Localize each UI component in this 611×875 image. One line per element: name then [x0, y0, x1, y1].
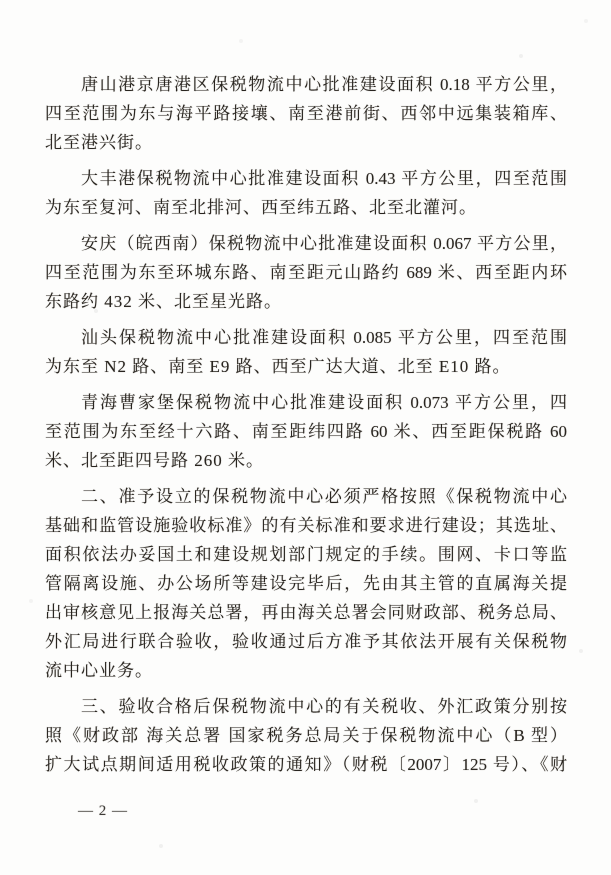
paragraph: 三、验收合格后保税物流中心的有关税收、外汇政策分别按 照《财政部 海关总署 国家…	[45, 692, 567, 779]
scan-noise	[0, 0, 2, 2]
document-page: 唐山港京唐港区保税物流中心批准建设面积 0.18 平方公里， 四至范围为东与海平…	[0, 0, 611, 875]
text-line: 汕头保税物流中心批准建设面积 0.085 平方公里，四至范围	[45, 323, 567, 352]
text-line: 扩大试点期间适用税收政策的通知》（财税〔2007〕125 号）、《财	[45, 750, 567, 779]
text-line: 四至范围为东与海平路接壤、南至港前街、西邻中远集装箱库、	[45, 99, 567, 128]
text-line: 二、准予设立的保税物流中心必须严格按照《保税物流中心	[45, 482, 567, 511]
text-line: 基础和监管设施验收标准》的有关标准和要求进行建设；其选址、	[45, 511, 567, 540]
text-line: 青海曹家堡保税物流中心批准建设面积 0.073 平方公里，四	[45, 388, 567, 417]
text-line: 为东至复河、南至北排河、西至纬五路、北至北灌河。	[45, 193, 567, 222]
page-number: — 2 —	[78, 800, 128, 822]
text-line: 出审核意见上报海关总署，再由海关总署会同财政部、税务总局、	[45, 598, 567, 627]
text-line: 流中心业务。	[45, 656, 567, 685]
text-line: 安庆（皖西南）保税物流中心批准建设面积 0.067 平方公里，	[45, 229, 567, 258]
paragraph: 汕头保税物流中心批准建设面积 0.085 平方公里，四至范围 为东至 N2 路、…	[45, 323, 567, 381]
text-line: 至范围为东至经十六路、南至距纬四路 60 米、西至距保税路 60	[45, 417, 567, 446]
paragraph: 青海曹家堡保税物流中心批准建设面积 0.073 平方公里，四 至范围为东至经十六…	[45, 388, 567, 475]
paragraph: 安庆（皖西南）保税物流中心批准建设面积 0.067 平方公里， 四至范围为东至环…	[45, 229, 567, 316]
paragraph: 大丰港保税物流中心批准建设面积 0.43 平方公里，四至范围 为东至复河、南至北…	[45, 164, 567, 222]
text-line: 大丰港保税物流中心批准建设面积 0.43 平方公里，四至范围	[45, 164, 567, 193]
text-line: 照《财政部 海关总署 国家税务总局关于保税物流中心（B 型）	[45, 721, 567, 750]
text-line: 北至港兴街。	[45, 128, 567, 157]
text-line: 外汇局进行联合验收，验收通过后方准予其依法开展有关保税物	[45, 627, 567, 656]
text-line: 为东至 N2 路、南至 E9 路、西至广达大道、北至 E10 路。	[45, 352, 567, 381]
text-line: 三、验收合格后保税物流中心的有关税收、外汇政策分别按	[45, 692, 567, 721]
text-line: 四至范围为东至环城东路、南至距元山路约 689 米、西至距内环	[45, 258, 567, 287]
text-line: 面积依法办妥国土和建设规划部门规定的手续。围网、卡口等监	[45, 540, 567, 569]
paragraph: 二、准予设立的保税物流中心必须严格按照《保税物流中心 基础和监管设施验收标准》的…	[45, 482, 567, 685]
text-line: 管隔离设施、办公场所等建设完毕后，先由其主管的直属海关提	[45, 569, 567, 598]
text-line: 米、北至距四号路 260 米。	[45, 446, 567, 475]
document-body: 唐山港京唐港区保税物流中心批准建设面积 0.18 平方公里， 四至范围为东与海平…	[45, 70, 567, 779]
paragraph: 唐山港京唐港区保税物流中心批准建设面积 0.18 平方公里， 四至范围为东与海平…	[45, 70, 567, 157]
text-line: 东路约 432 米、北至星光路。	[45, 287, 567, 316]
text-line: 唐山港京唐港区保税物流中心批准建设面积 0.18 平方公里，	[45, 70, 567, 99]
